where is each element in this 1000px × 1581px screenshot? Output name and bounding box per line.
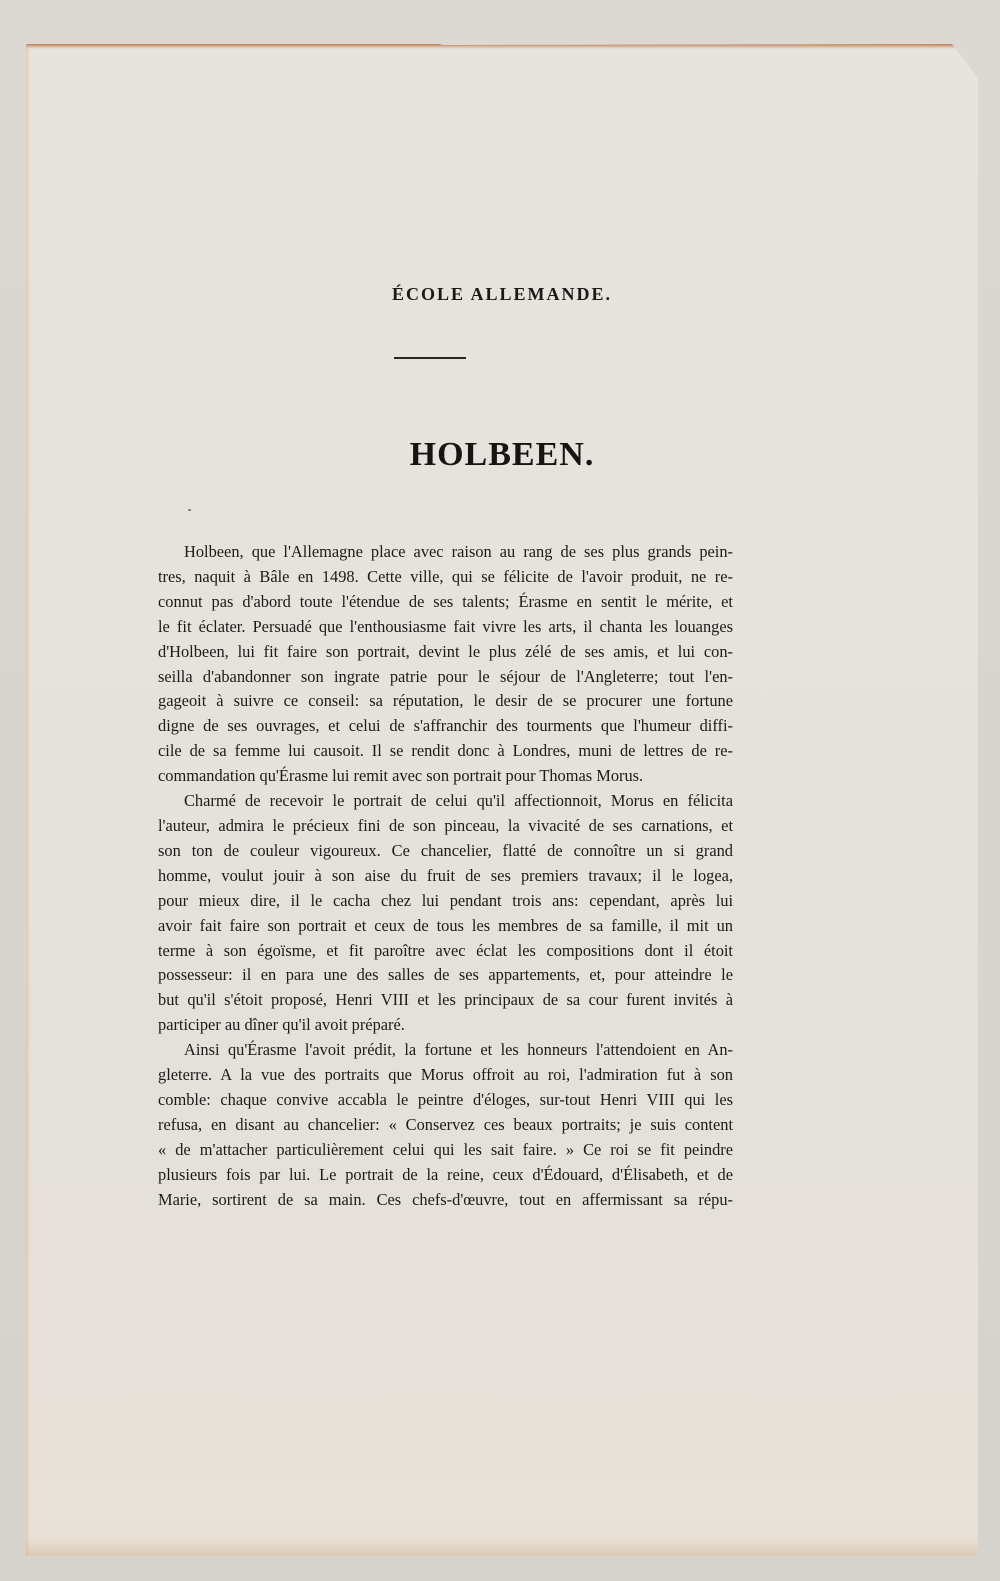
text-line: avoir fait faire son portrait et ceux de… [158,914,733,939]
text-line: commandation qu'Érasme lui remit avec so… [158,764,733,789]
title-divider [394,357,466,359]
text-line: connut pas d'abord toute l'étendue de se… [158,590,733,615]
paragraph-3: Ainsi qu'Érasme l'avoit prédit, la fortu… [158,1038,733,1212]
text-line: seilla d'abandonner son ingrate patrie p… [158,665,733,690]
text-line: Charmé de recevoir le portrait de celui … [158,789,733,814]
paragraph-1: Holbeen, que l'Allemagne place avec rais… [158,540,733,789]
text-line: pour mieux dire, il le cacha chez lui pe… [158,889,733,914]
text-line: Marie, sortirent de sa main. Ces chefs-d… [158,1188,733,1213]
text-line: gageoit à suivre ce conseil: sa réputati… [158,689,733,714]
paper-speck [188,509,191,511]
text-line: d'Holbeen, lui fit faire son portrait, d… [158,640,733,665]
text-line: gleterre. A la vue des portraits que Mor… [158,1063,733,1088]
text-line: possesseur: il en para une des salles de… [158,963,733,988]
paper-sheet: ÉCOLE ALLEMANDE. HOLBEEN. Holbeen, que l… [26,44,978,1556]
text-line: refusa, en disant au chancelier: « Conse… [158,1113,733,1138]
article-body: Holbeen, que l'Allemagne place avec rais… [158,540,733,1212]
text-line: homme, voulut jouir à son aise du fruit … [158,864,733,889]
section-heading: ÉCOLE ALLEMANDE. [26,284,978,305]
text-line: Ainsi qu'Érasme l'avoit prédit, la fortu… [158,1038,733,1063]
text-line: Holbeen, que l'Allemagne place avec rais… [158,540,733,565]
text-line: participer au dîner qu'il avoit préparé. [158,1013,733,1038]
text-line: terme à son égoïsme, et fit paroître ave… [158,939,733,964]
text-line: l'auteur, admira le précieux fini de son… [158,814,733,839]
text-line: son ton de couleur vigoureux. Ce chancel… [158,839,733,864]
page-title: HOLBEEN. [26,436,978,474]
text-line: cile de sa femme lui causoit. Il se rend… [158,739,733,764]
text-line: « de m'attacher particulièrement celui q… [158,1138,733,1163]
paragraph-2: Charmé de recevoir le portrait de celui … [158,789,733,1038]
text-line: plusieurs fois par lui. Le portrait de l… [158,1163,733,1188]
paper-edge-stain [26,44,30,1556]
text-line: digne de ses ouvrages, et celui de s'aff… [158,714,733,739]
text-line: tres, naquit à Bâle en 1498. Cette ville… [158,565,733,590]
text-line: but qu'il s'étoit proposé, Henri VIII et… [158,988,733,1013]
text-line: le fit éclater. Persuadé que l'enthousia… [158,615,733,640]
text-line: comble: chaque convive accabla le peintr… [158,1088,733,1113]
